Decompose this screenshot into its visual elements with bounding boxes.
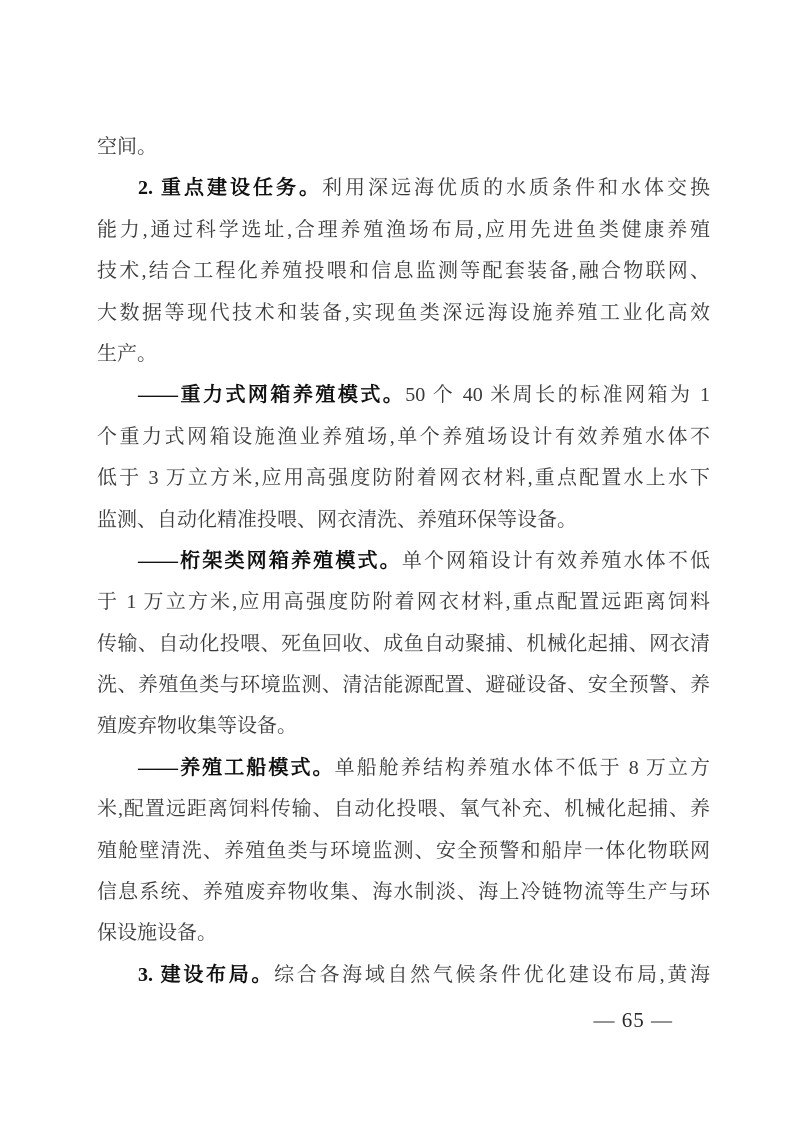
page-body: 空间。 2. 重点建设任务。利用深远海优质的水质条件和水体交换 能力,通过科学选… <box>97 127 710 996</box>
text-line: 2. 重点建设任务。利用深远海优质的水质条件和水体交换 <box>97 168 710 209</box>
text-line: 个重力式网箱设施渔业养殖场,单个养殖场设计有效养殖水体不 <box>97 417 710 458</box>
line-text: 能力,通过科学选址,合理养殖渔场布局,应用先进鱼类健康养殖 <box>97 219 710 241</box>
line-text: 50 个 40 米周长的标准网箱为 1 <box>405 384 710 406</box>
document-page: 空间。 2. 重点建设任务。利用深远海优质的水质条件和水体交换 能力,通过科学选… <box>0 0 794 1123</box>
paragraph-heading: ——桁架类网箱养殖模式。 <box>138 550 402 572</box>
text-line: 生产。 <box>97 334 710 375</box>
paragraph-heading: ——养殖工船模式。 <box>138 757 335 779</box>
text-line: 殖废弃物收集等设备。 <box>97 706 710 747</box>
line-text: 低于 3 万立方米,应用高强度防附着网衣材料,重点配置水上水下 <box>97 467 710 489</box>
line-text: 传输、自动化投喂、死鱼回收、成鱼自动聚捕、机械化起捕、网衣清 <box>97 633 710 655</box>
line-text: 大数据等现代技术和装备,实现鱼类深远海设施养殖工业化高效 <box>97 302 710 324</box>
line-text: 技术,结合工程化养殖投喂和信息监测等配套装备,融合物联网、 <box>97 260 710 282</box>
line-text: 空间。 <box>97 136 157 158</box>
paragraph-heading: ——重力式网箱养殖模式。 <box>138 384 405 406</box>
text-line: 大数据等现代技术和装备,实现鱼类深远海设施养殖工业化高效 <box>97 293 710 334</box>
line-text: 利用深远海优质的水质条件和水体交换 <box>322 177 710 199</box>
text-line: 洗、养殖鱼类与环境监测、清洁能源配置、避碰设备、安全预警、养 <box>97 665 710 706</box>
line-text: 综合各海域自然气候条件优化建设布局,黄海 <box>274 964 710 986</box>
line-text: 殖舱壁清洗、养殖鱼类与环境监测、安全预警和船岸一体化物联网 <box>97 840 710 862</box>
text-line: 低于 3 万立方米,应用高强度防附着网衣材料,重点配置水上水下 <box>97 458 710 499</box>
line-text: 保设施设备。 <box>97 922 217 944</box>
line-text: 个重力式网箱设施渔业养殖场,单个养殖场设计有效养殖水体不 <box>97 426 710 448</box>
paragraph-heading: 3. 建设布局。 <box>138 964 274 986</box>
text-line: 保设施设备。 <box>97 913 710 954</box>
text-line: 信息系统、养殖废弃物收集、海水制淡、海上冷链物流等生产与环 <box>97 872 710 913</box>
text-line: 空间。 <box>97 127 710 168</box>
text-line: ——养殖工船模式。单船舱养结构养殖水体不低于 8 万立方 <box>97 748 710 789</box>
line-text: 米,配置远距离饲料传输、自动化投喂、氧气补充、机械化起捕、养 <box>97 798 710 820</box>
text-line: 于 1 万立方米,应用高强度防附着网衣材料,重点配置远距离饲料 <box>97 582 710 623</box>
line-text: 信息系统、养殖废弃物收集、海水制淡、海上冷链物流等生产与环 <box>97 881 710 903</box>
text-line: 能力,通过科学选址,合理养殖渔场布局,应用先进鱼类健康养殖 <box>97 210 710 251</box>
line-text: 单船舱养结构养殖水体不低于 8 万立方 <box>335 757 710 779</box>
text-line: 3. 建设布局。综合各海域自然气候条件优化建设布局,黄海 <box>97 955 710 996</box>
line-text: 监测、自动化精准投喂、网衣清洗、养殖环保等设备。 <box>97 509 577 531</box>
text-line: 技术,结合工程化养殖投喂和信息监测等配套装备,融合物联网、 <box>97 251 710 292</box>
text-line: ——桁架类网箱养殖模式。单个网箱设计有效养殖水体不低 <box>97 541 710 582</box>
page-number: — 65 — <box>594 1006 674 1034</box>
paragraph-heading: 2. 重点建设任务。 <box>138 177 322 199</box>
text-line: ——重力式网箱养殖模式。50 个 40 米周长的标准网箱为 1 <box>97 375 710 416</box>
line-text: 殖废弃物收集等设备。 <box>97 715 297 737</box>
line-text: 生产。 <box>97 343 157 365</box>
line-text: 洗、养殖鱼类与环境监测、清洁能源配置、避碰设备、安全预警、养 <box>97 674 710 696</box>
text-line: 传输、自动化投喂、死鱼回收、成鱼自动聚捕、机械化起捕、网衣清 <box>97 624 710 665</box>
text-line: 监测、自动化精准投喂、网衣清洗、养殖环保等设备。 <box>97 500 710 541</box>
line-text: 单个网箱设计有效养殖水体不低 <box>402 550 710 572</box>
text-line: 米,配置远距离饲料传输、自动化投喂、氧气补充、机械化起捕、养 <box>97 789 710 830</box>
line-text: 于 1 万立方米,应用高强度防附着网衣材料,重点配置远距离饲料 <box>97 591 710 613</box>
text-line: 殖舱壁清洗、养殖鱼类与环境监测、安全预警和船岸一体化物联网 <box>97 831 710 872</box>
